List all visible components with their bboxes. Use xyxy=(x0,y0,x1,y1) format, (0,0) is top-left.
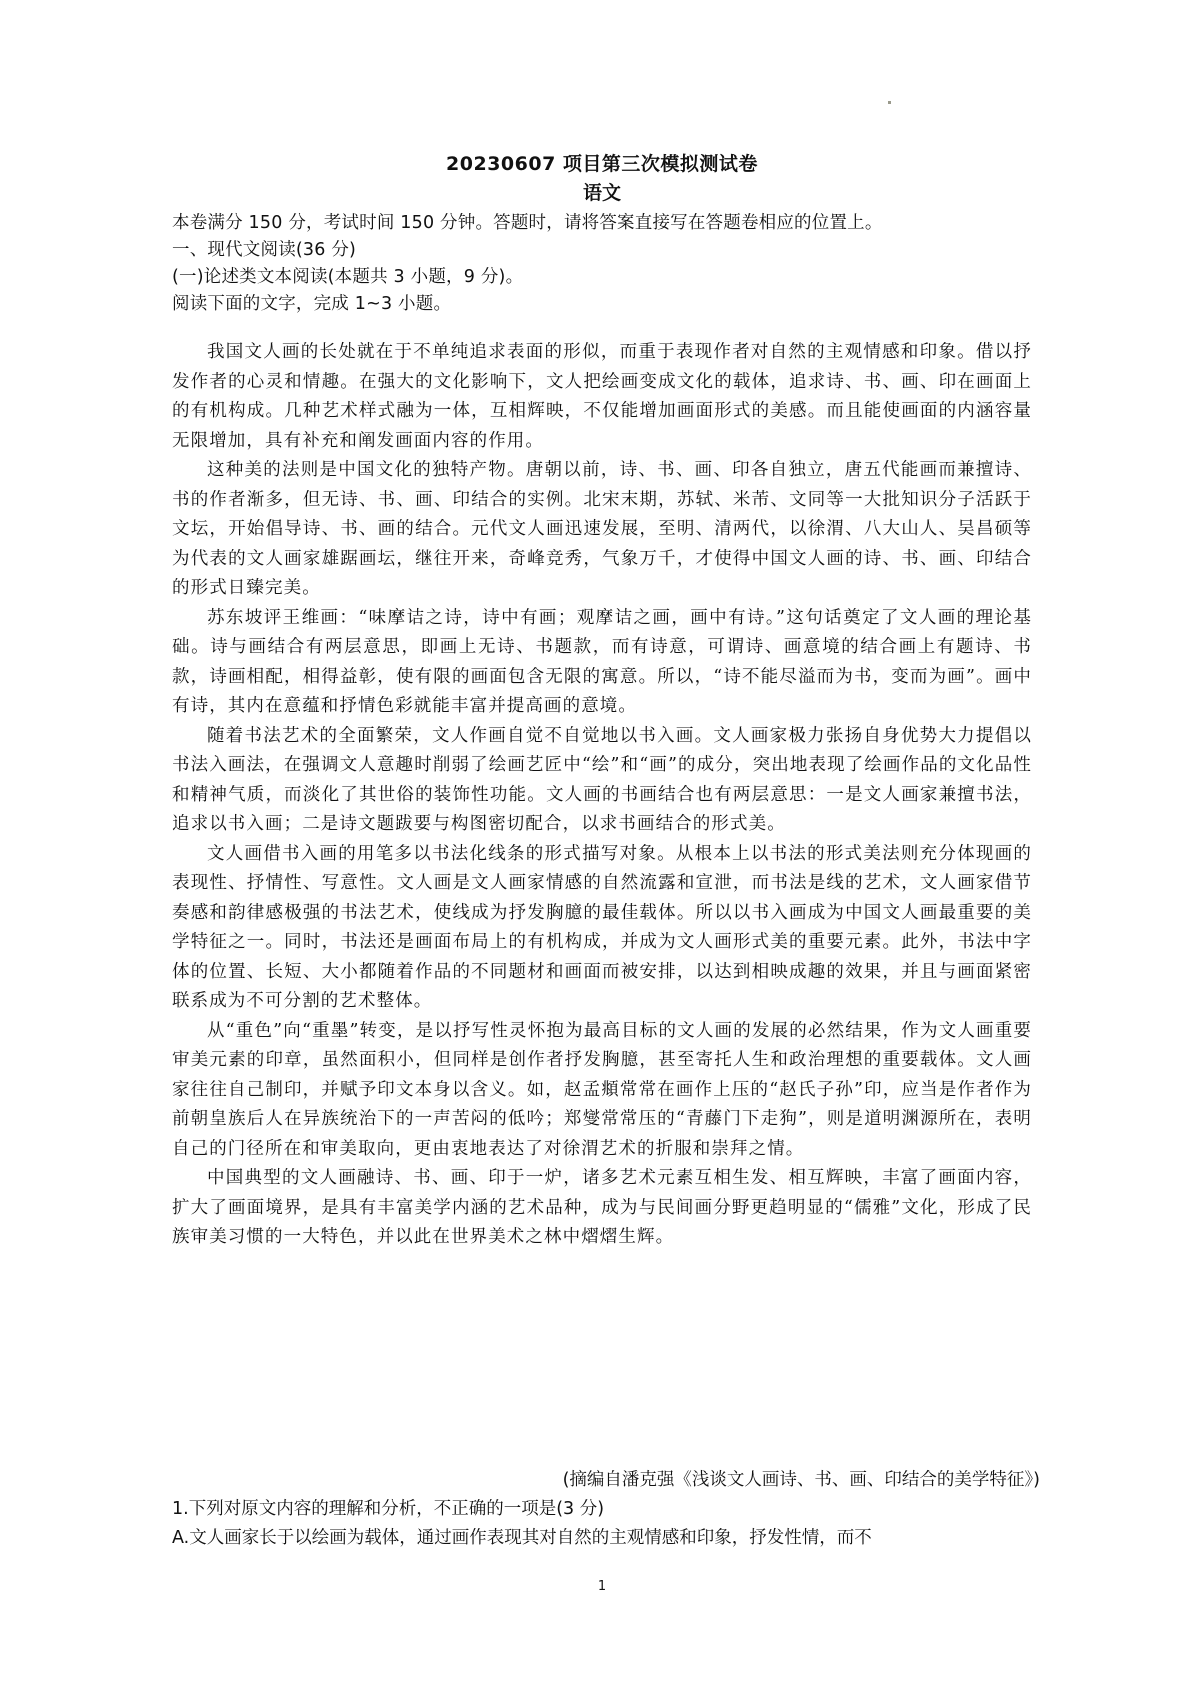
subsection-heading: (一)论述类文本阅读(本题共 3 小题，9 分)。 xyxy=(172,264,1032,291)
passage-paragraph-6: 从“重色”向“重墨”转变，是以抒写性灵怀抱为最高目标的文人画的发展的必然结果，作… xyxy=(172,1017,1032,1165)
scan-dot-mark xyxy=(888,101,891,104)
passage-paragraph-4: 随着书法艺术的全面繁荣，文人作画自觉不自觉地以书入画。文人画家极力张扬自身优势大… xyxy=(172,722,1032,840)
passage-paragraph-1: 我国文人画的长处就在于不单纯追求表面的形似，而重于表现作者对自然的主观情感和印象… xyxy=(172,338,1032,456)
reading-passage: 我国文人画的长处就在于不单纯追求表面的形似，而重于表现作者对自然的主观情感和印象… xyxy=(172,338,1032,1253)
page-number: 1 xyxy=(172,1579,1032,1595)
exam-instructions: 本卷满分 150 分，考试时间 150 分钟。答题时，请将答案直接写在答题卷相应… xyxy=(172,210,1032,237)
section-heading: 一、现代文阅读(36 分) xyxy=(172,237,1032,264)
passage-citation: (摘编自潘克强《浅谈文人画诗、书、画、印结合的美学特征》) xyxy=(563,1467,1040,1494)
passage-paragraph-5: 文人画借书入画的用笔多以书法化线条的形式描写对象。从根本上以书法的形式美法则充分… xyxy=(172,840,1032,1017)
passage-paragraph-3: 苏东坡评王维画：“味摩诘之诗，诗中有画；观摩诘之画，画中有诗。”这句话奠定了文人… xyxy=(172,604,1032,722)
question-1-stem: 1.下列对原文内容的理解和分析，不正确的一项是(3 分) xyxy=(172,1495,1032,1524)
question-1: 1.下列对原文内容的理解和分析，不正确的一项是(3 分) A.文人画家长于以绘画… xyxy=(172,1495,1032,1553)
passage-paragraph-2: 这种美的法则是中国文化的独特产物。唐朝以前，诗、书、画、印各自独立，唐五代能画而… xyxy=(172,456,1032,604)
exam-header-block: 本卷满分 150 分，考试时间 150 分钟。答题时，请将答案直接写在答题卷相应… xyxy=(172,210,1032,318)
question-1-option-a: A.文人画家长于以绘画为载体，通过画作表现其对自然的主观情感和印象，抒发性情，而… xyxy=(172,1524,1032,1553)
exam-title: 20230607 项目第三次模拟测试卷 xyxy=(172,151,1032,177)
reading-prompt: 阅读下面的文字，完成 1~3 小题。 xyxy=(172,291,1032,318)
passage-paragraph-7: 中国典型的文人画融诗、书、画、印于一炉，诸多艺术元素互相生发、相互辉映，丰富了画… xyxy=(172,1164,1032,1253)
exam-subject: 语文 xyxy=(172,180,1032,206)
